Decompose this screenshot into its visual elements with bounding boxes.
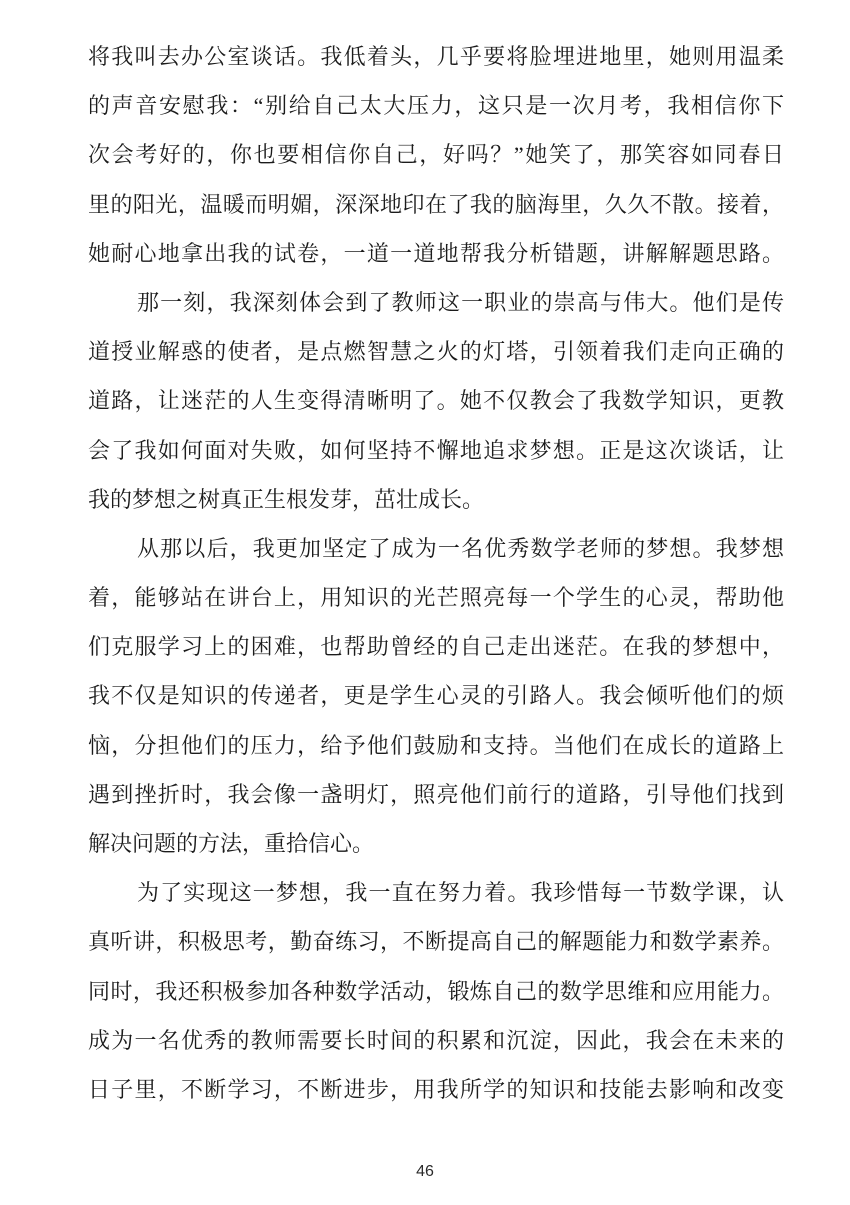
essay-text-block: 将我叫去办公室谈话。我低着头，几乎要将脸埋进地里，她则用温柔 的声音安慰我：“别… [88,32,784,1114]
text-line: 为了实现这一梦想，我一直在努力着。我珍惜每一节数学课，认 [88,868,784,917]
text-line: 解决问题的方法，重拾信心。 [88,819,784,868]
text-line: 成为一名优秀的教师需要长时间的积累和沉淀，因此，我会在未来的 [88,1016,784,1065]
text-line: 里的阳光，温暖而明媚，深深地印在了我的脑海里，久久不散。接着， [88,180,784,229]
page-number: 46 [416,1163,434,1180]
page-footer: 46 [0,1163,850,1181]
text-line: 的声音安慰我：“别给自己太大压力，这只是一次月考，我相信你下 [88,81,784,130]
text-line: 会了我如何面对失败，如何坚持不懈地追求梦想。正是这次谈话，让 [88,426,784,475]
text-line: 同时，我还积极参加各种数学活动，锻炼自己的数学思维和应用能力。 [88,967,784,1016]
text-line: 道授业解惑的使者，是点燃智慧之火的灯塔，引领着我们走向正确的 [88,327,784,376]
text-line: 将我叫去办公室谈话。我低着头，几乎要将脸埋进地里，她则用温柔 [88,32,784,81]
document-page: 将我叫去办公室谈话。我低着头，几乎要将脸埋进地里，她则用温柔 的声音安慰我：“别… [0,0,850,1205]
text-line: 那一刻，我深刻体会到了教师这一职业的崇高与伟大。他们是传 [88,278,784,327]
text-line: 她耐心地拿出我的试卷，一道一道地帮我分析错题，讲解解题思路。 [88,229,784,278]
text-line: 真听讲，积极思考，勤奋练习，不断提高自己的解题能力和数学素养。 [88,917,784,966]
text-line: 我的梦想之树真正生根发芽，茁壮成长。 [88,475,784,524]
text-line: 着，能够站在讲台上，用知识的光芒照亮每一个学生的心灵，帮助他 [88,573,784,622]
text-line: 我不仅是知识的传递者，更是学生心灵的引路人。我会倾听他们的烦 [88,671,784,720]
text-line: 次会考好的，你也要相信你自己，好吗？”她笑了，那笑容如同春日 [88,130,784,179]
text-line: 们克服学习上的困难，也帮助曾经的自己走出迷茫。在我的梦想中， [88,622,784,671]
text-line: 日子里，不断学习，不断进步，用我所学的知识和技能去影响和改变 [88,1065,784,1114]
text-line: 遇到挫折时，我会像一盏明灯，照亮他们前行的道路，引导他们找到 [88,770,784,819]
text-line: 道路，让迷茫的人生变得清晰明了。她不仅教会了我数学知识，更教 [88,376,784,425]
text-line: 从那以后，我更加坚定了成为一名优秀数学老师的梦想。我梦想 [88,524,784,573]
text-line: 恼，分担他们的压力，给予他们鼓励和支持。当他们在成长的道路上 [88,721,784,770]
